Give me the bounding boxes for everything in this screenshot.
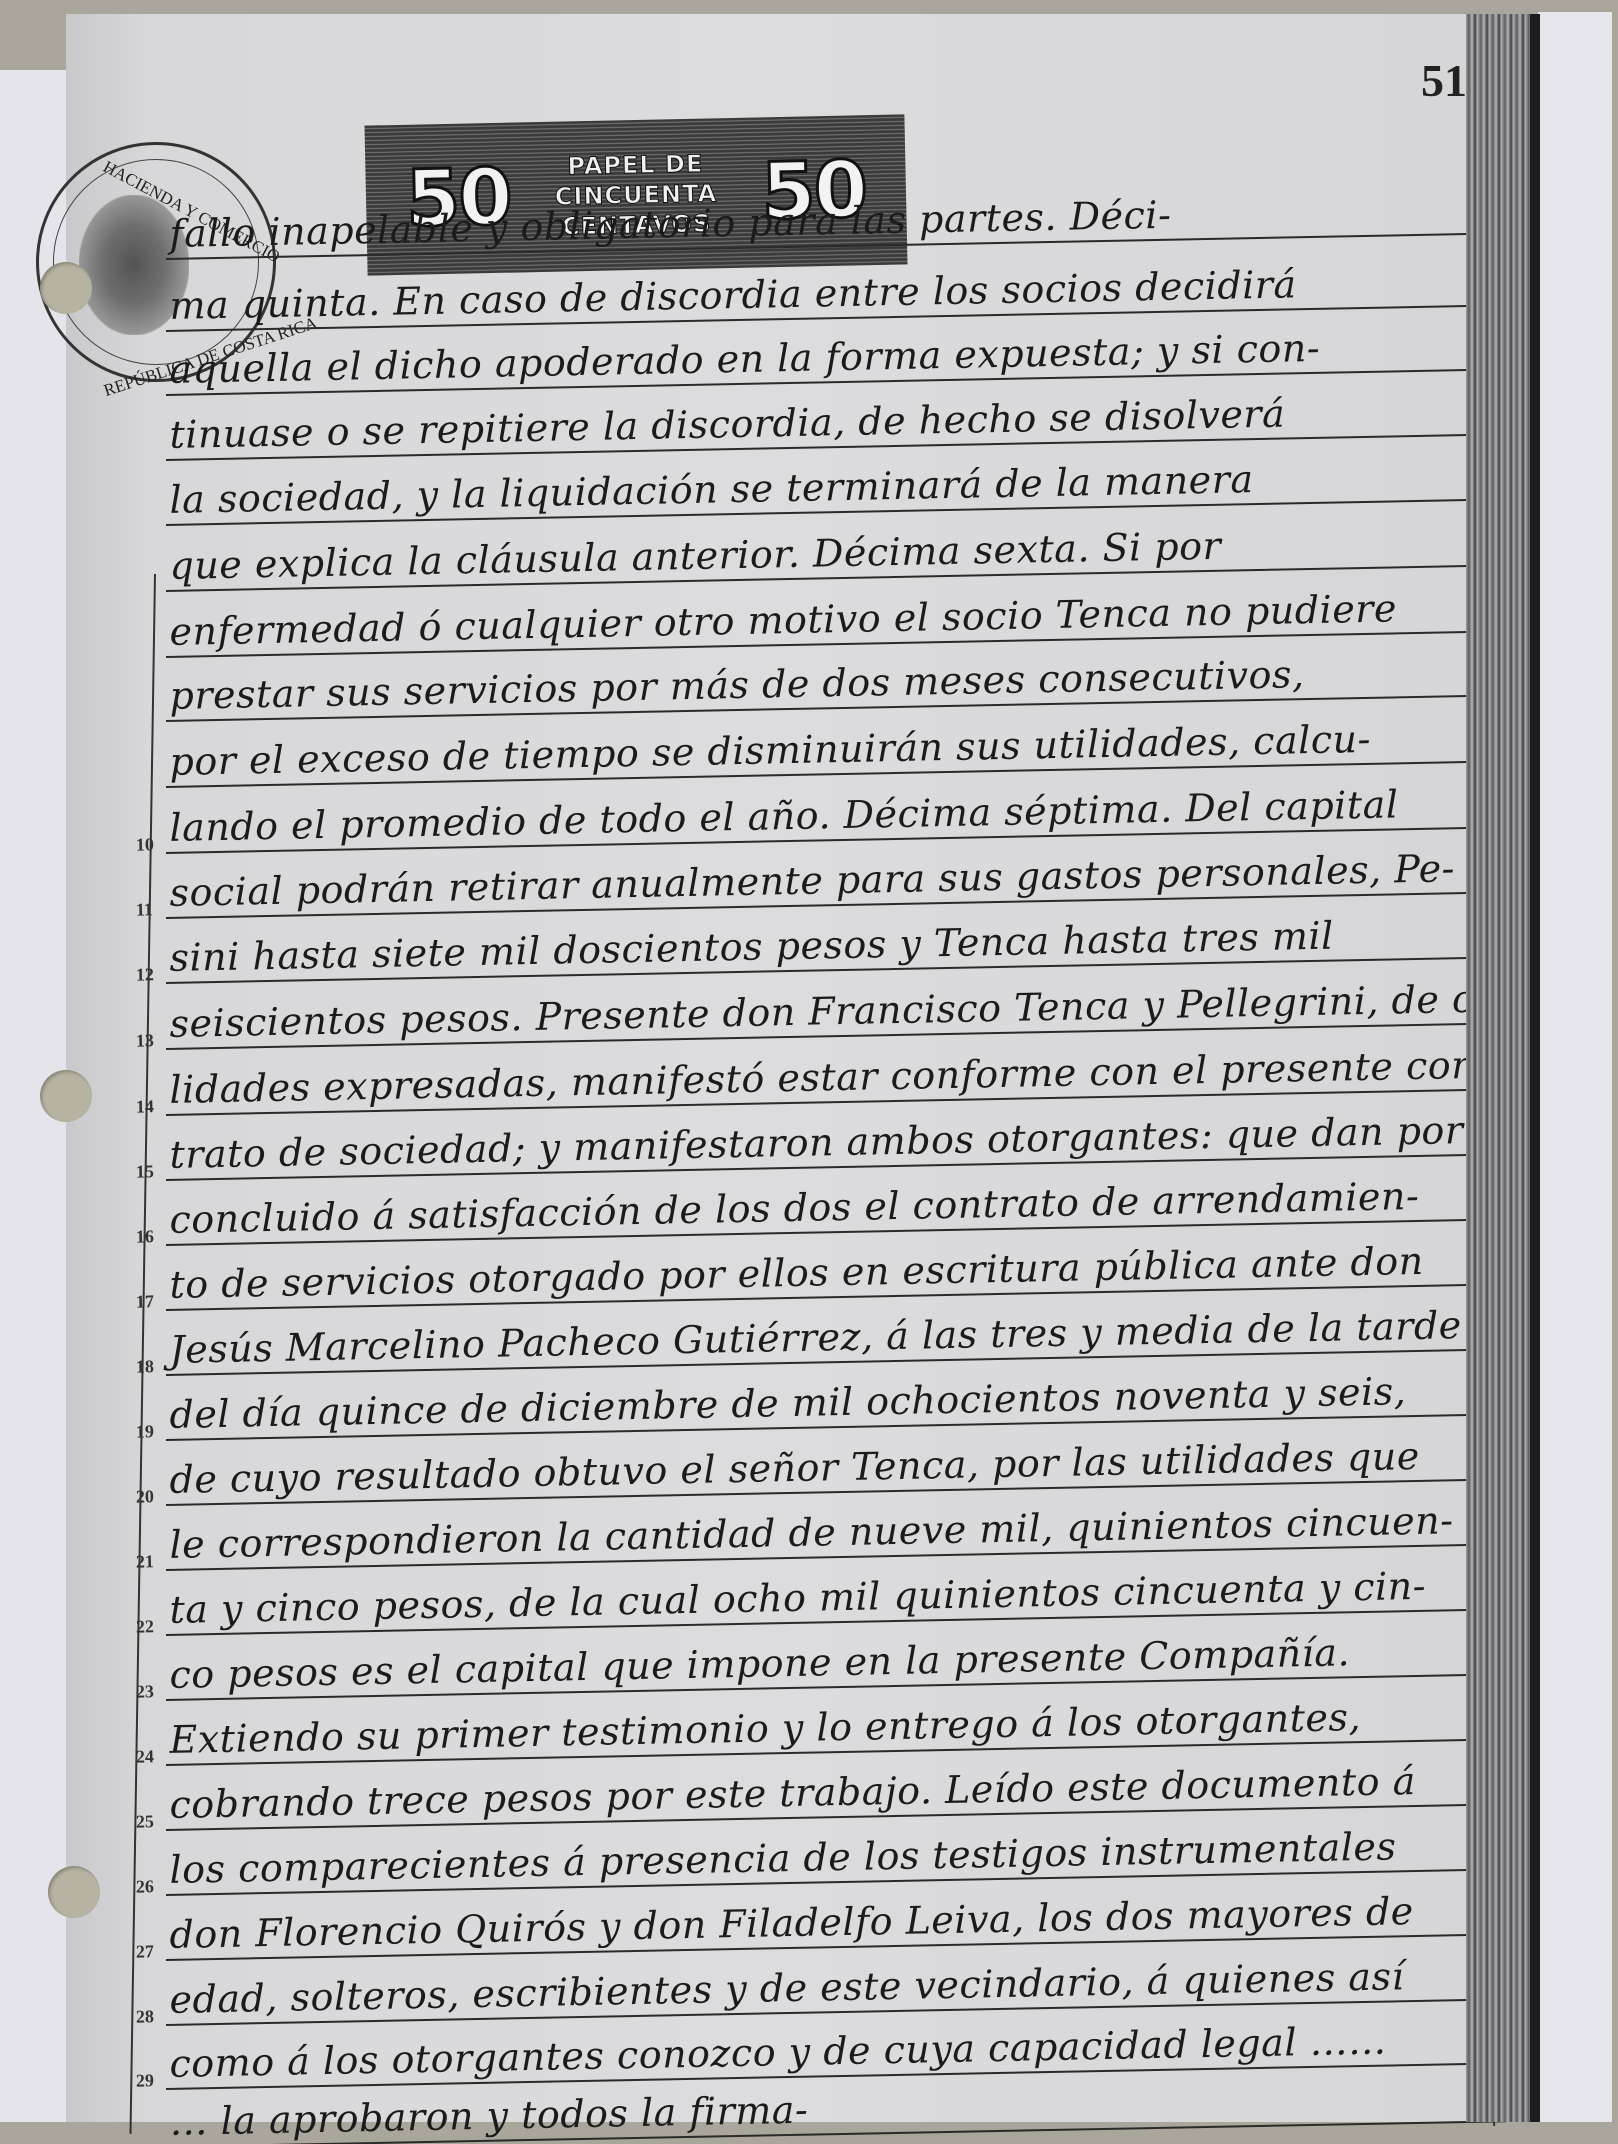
handwritten-text: ma quinta. En caso de discordia entre lo… [169,262,1297,328]
stacked-page-edges [1466,14,1540,2122]
ruled-line: aquella el dicho apoderado en la forma e… [166,368,1506,396]
handwritten-text: social podrán retirar anualmente para su… [169,846,1455,915]
punch-hole [40,262,92,314]
handwritten-text: cobrando trece pesos por este trabajo. L… [169,1759,1416,1827]
punch-hole [40,1070,92,1122]
handwritten-text: fallo inapelable y obligatorio para las … [169,193,1172,256]
handwritten-text: co pesos es el capital que impone en la … [169,1630,1350,1697]
handwritten-text: sini hasta siete mil doscientos pesos y … [169,914,1334,980]
handwritten-text: edad, solteros, escribientes y de este v… [169,1954,1404,2022]
ruled-line: … la aprobaron y todos la firma- [166,2120,1506,2144]
ruled-line: enfermedad ó cualquier otro motivo el so… [166,630,1506,658]
ruled-line: la sociedad, y la liquidación se termina… [166,498,1506,526]
ruled-line: tinuase o se repitiere la discordia, de … [166,433,1506,461]
handwritten-text: aquella el dicho apoderado en la forma e… [169,326,1320,392]
handwritten-text: enfermedad ó cualquier otro motivo el so… [169,586,1397,654]
handwritten-text: del día quince de diciembre de mil ochoc… [169,1369,1407,1437]
handwritten-text: ta y cinco pesos, de la cual ocho mil qu… [169,1564,1426,1632]
handwritten-text: tinuase o se repitiere la discordia, de … [169,392,1285,457]
handwritten-text: de cuyo resultado obtuvo el señor Tenca,… [169,1434,1420,1502]
punch-hole [48,1866,100,1918]
handwritten-text: Extiendo su primer testimonio y lo entre… [169,1695,1361,1762]
handwritten-text: lando el promedio de todo el año. Décima… [169,782,1399,850]
handwritten-text: le correspondieron la cantidad de nueve … [169,1498,1454,1567]
handwritten-text: … la aprobaron y todos la firma- [169,2088,809,2144]
handwritten-text: la sociedad, y la liquidación se termina… [169,457,1254,522]
backing-sheet-right: 1122 [1538,12,1612,2122]
handwritten-text: prestar sus servicios por más de dos mes… [169,652,1305,718]
handwritten-text: los comparecientes á presencia de los te… [169,1824,1397,1892]
handwritten-text: que explica la cláusula anterior. Décima… [169,524,1221,588]
ruled-line: fallo inapelable y obligatorio para las … [166,232,1506,260]
handwritten-text: concluido á satisfacción de los dos el c… [169,1174,1420,1242]
handwritten-text: seiscientos pesos. Presente don Francisc… [169,976,1511,1046]
document-page: HACIENDA Y COMERCIO REPÚBLICA DE COSTA R… [66,14,1466,2122]
handwritten-text: to de servicios otorgado por ellos en es… [169,1239,1424,1307]
handwritten-lines: fallo inapelable y obligatorio para las … [66,14,1466,2122]
handwritten-text: por el exceso de tiempo se disminuirán s… [169,717,1371,784]
ruled-line: 29como á los otorgantes conozco y de cuy… [166,2062,1506,2090]
handwritten-text: Jesús Marcelino Pacheco Gutiérrez, á las… [169,1303,1462,1372]
handwritten-text: don Florencio Quirós y don Filadelfo Lei… [169,1889,1414,1957]
handwritten-text: como á los otorgantes conozco y de cuya … [169,2019,1387,2086]
handwritten-text: lidades expresadas, manifestó estar conf… [169,1043,1490,1112]
handwritten-text: trato de sociedad; y manifestaron ambos … [169,1108,1464,1177]
